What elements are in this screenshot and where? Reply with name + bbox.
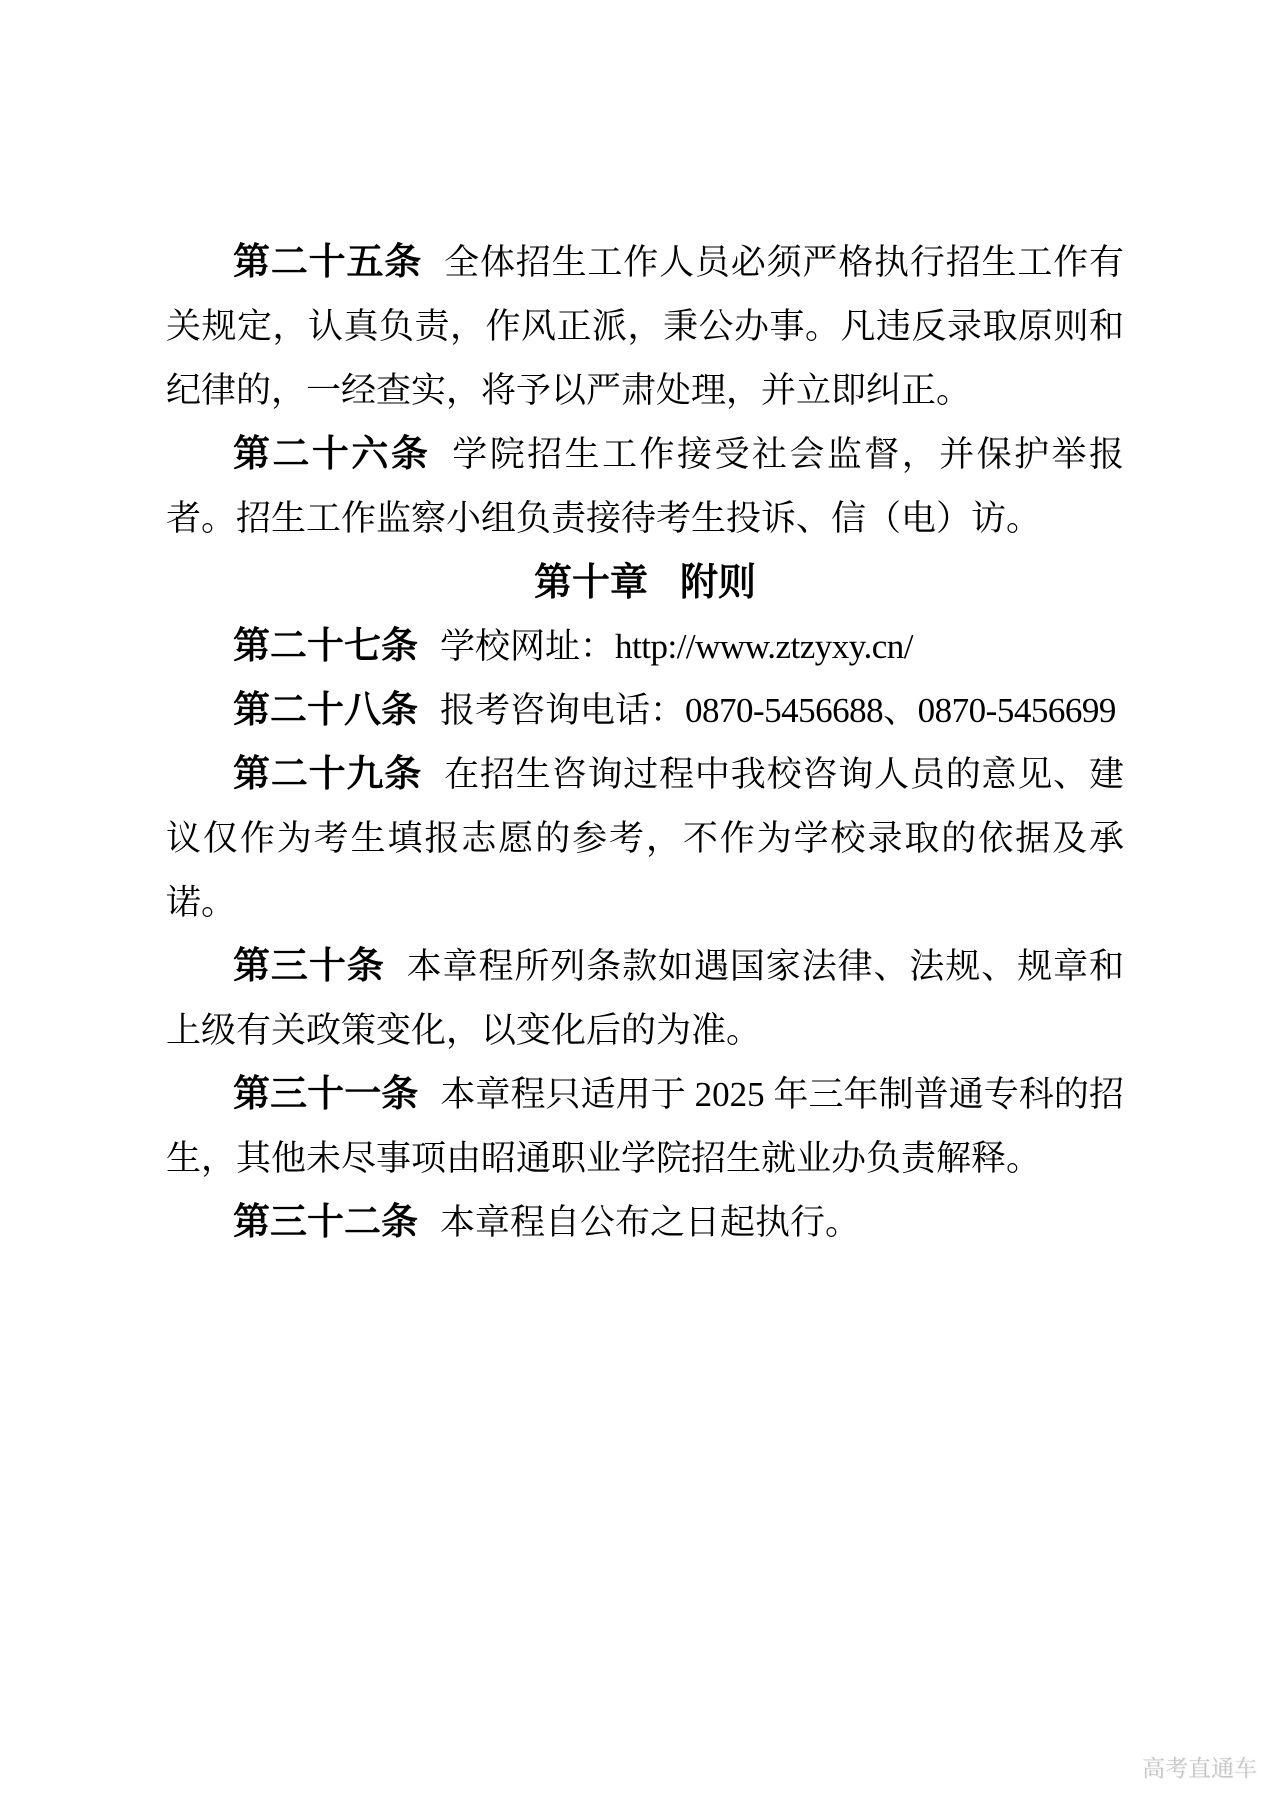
article-25-number: 第二十五条	[233, 242, 422, 283]
article-30: 第三十条本章程所列条款如遇国家法律、法规、规章和上级有关政策变化，以变化后的为准…	[166, 935, 1124, 1063]
chapter-number: 第十章	[534, 562, 648, 604]
article-31: 第三十一条本章程只适用于 2025 年三年制普通专科的招生，其他未尽事项由昭通职…	[166, 1063, 1124, 1191]
watermark: 高考直通车	[1142, 1750, 1257, 1783]
article-26: 第二十六条学院招生工作接受社会监督，并保护举报者。招生工作监察小组负责接待考生投…	[166, 423, 1124, 551]
article-26-number: 第二十六条	[233, 434, 430, 475]
article-27-prefix: 学校网址：	[440, 627, 615, 666]
consultation-phone-numbers: 0870-5456688、0870-5456699	[685, 691, 1116, 730]
article-28: 第二十八条报考咨询电话：0870-5456688、0870-5456699	[166, 679, 1124, 743]
article-32: 第三十二条本章程自公布之日起执行。	[166, 1191, 1124, 1255]
article-27: 第二十七条学校网址：http://www.ztzyxy.cn/	[166, 615, 1124, 679]
article-29: 第二十九条在招生咨询过程中我校咨询人员的意见、建议仅作为考生填报志愿的参考，不作…	[166, 743, 1124, 935]
chapter-title: 附则	[680, 562, 756, 604]
document-page: 第二十五条全体招生工作人员必须严格执行招生工作有关规定，认真负责，作风正派，秉公…	[0, 0, 1280, 1810]
article-29-number: 第二十九条	[233, 754, 422, 795]
chapter-heading: 第十章附则	[166, 551, 1124, 615]
article-32-text: 本章程自公布之日起执行。	[440, 1203, 860, 1242]
article-31-number: 第三十一条	[233, 1074, 418, 1115]
article-27-number: 第二十七条	[233, 626, 418, 667]
document-text-block: 第二十五条全体招生工作人员必须严格执行招生工作有关规定，认真负责，作风正派，秉公…	[166, 231, 1124, 1255]
article-28-number: 第二十八条	[233, 690, 418, 731]
article-30-number: 第三十条	[233, 946, 385, 987]
article-32-number: 第三十二条	[233, 1202, 418, 1243]
article-25: 第二十五条全体招生工作人员必须严格执行招生工作有关规定，认真负责，作风正派，秉公…	[166, 231, 1124, 423]
school-website-url: http://www.ztzyxy.cn/	[615, 627, 913, 666]
article-28-prefix: 报考咨询电话：	[440, 691, 685, 730]
